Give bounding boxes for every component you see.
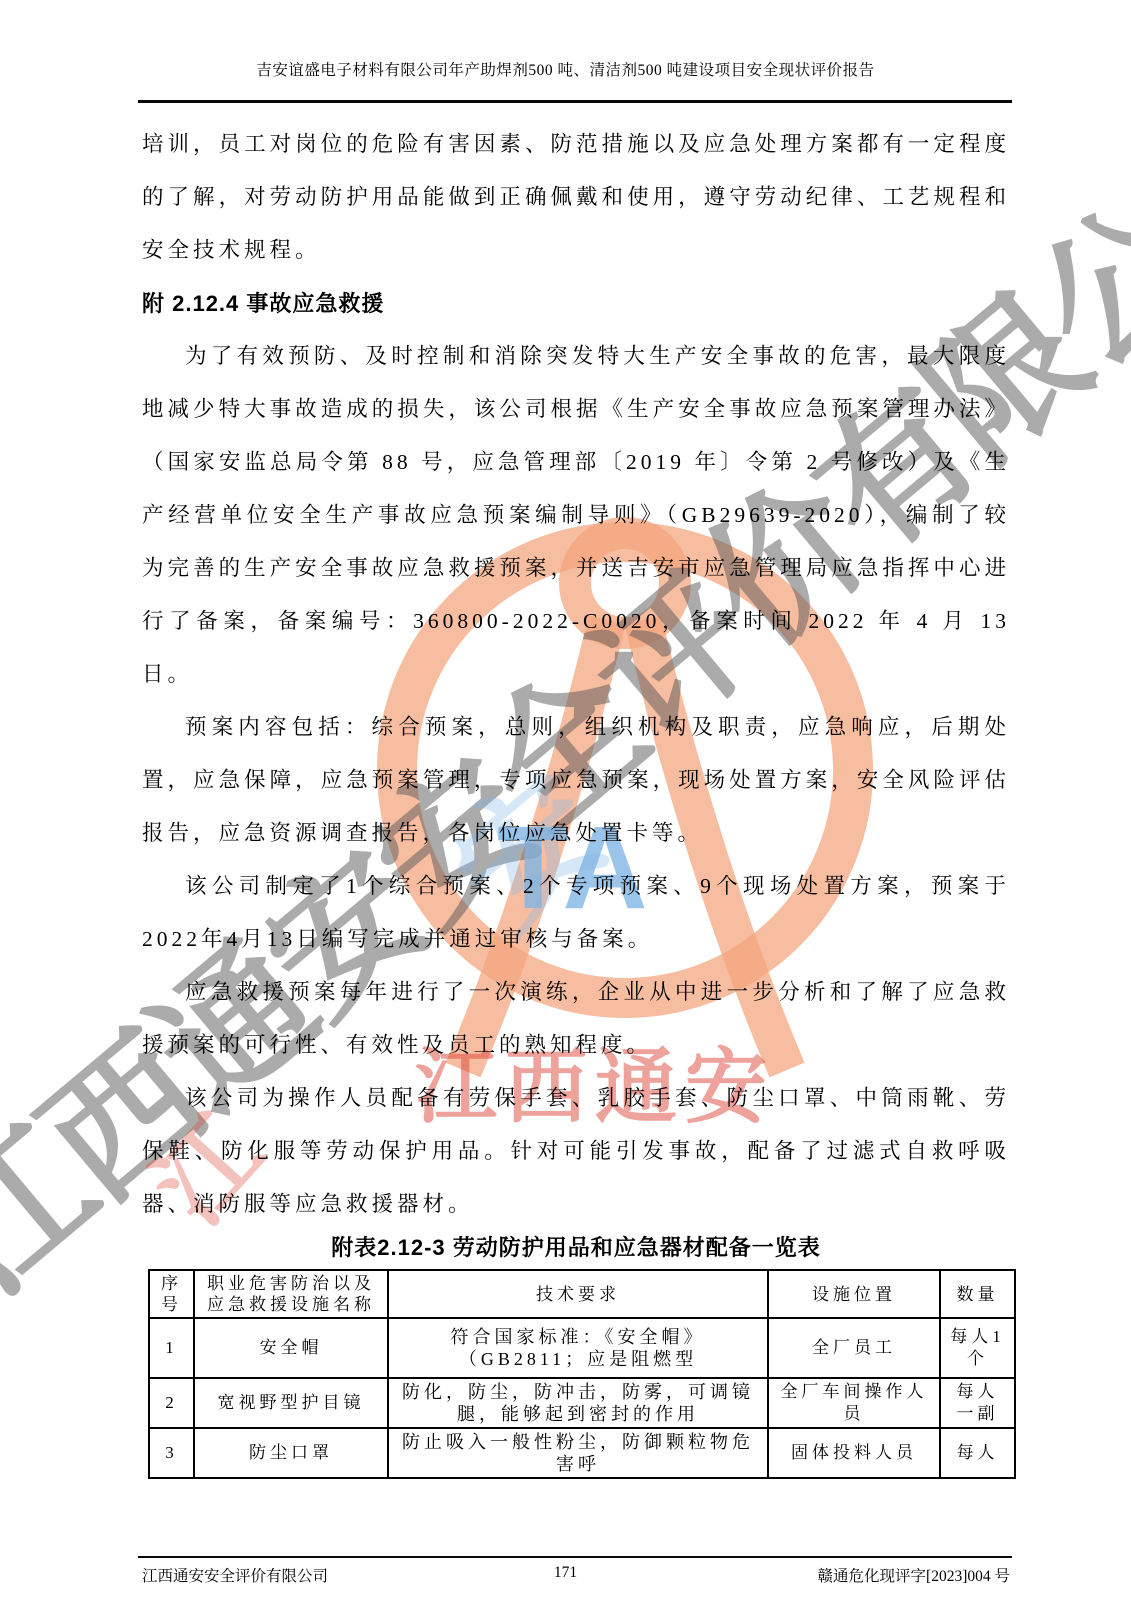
cell-qty: 每人 [940, 1428, 1015, 1478]
header-rule [138, 100, 1012, 103]
cell-qty: 每人1个 [940, 1318, 1015, 1378]
cell-loc: 全厂员工 [768, 1318, 940, 1378]
cell-no: 2 [149, 1378, 194, 1428]
table-row: 3 防尘口罩 防止吸入一般性粉尘，防御颗粒物危害呼 固体投料人员 每人 [149, 1428, 1015, 1478]
running-header: 吉安谊盛电子材料有限公司年产助焊剂500 吨、清洁剂500 吨建设项目安全现状评… [0, 58, 1131, 80]
document-page: 江西通安安全评价有限公司 安 TA 江 江西通安 吉安谊盛电子材料有限公司年产助… [0, 0, 1131, 1600]
section-heading: 附 2.12.4 事故应急救援 [142, 277, 1010, 330]
footer-doc-number: 赣通危化现评字[2023]004 号 [818, 1564, 1010, 1586]
cell-loc: 全厂车间操作人员 [768, 1378, 940, 1428]
col-header-loc: 设施位置 [768, 1270, 940, 1318]
table-title: 附表2.12-3 劳动防护用品和应急器材配备一览表 [142, 1235, 1010, 1261]
paragraph: 该公司制定了1个综合预案、2个专项预案、9个现场处置方案，预案于2022年4月1… [142, 860, 1010, 966]
col-header-tech: 技术要求 [388, 1270, 768, 1318]
paragraph: 应急救援预案每年进行了一次演练，企业从中进一步分析和了解了应急救援预案的可行性、… [142, 966, 1010, 1072]
table-header-row: 序号 职业危害防治以及应急救援设施名称 技术要求 设施位置 数量 [149, 1270, 1015, 1318]
paragraph: 该公司为操作人员配备有劳保手套、乳胶手套、防尘口罩、中筒雨靴、劳保鞋、防化服等劳… [142, 1072, 1010, 1231]
paragraph: 预案内容包括：综合预案，总则，组织机构及职责，应急响应，后期处置，应急保障，应急… [142, 701, 1010, 860]
body-text: 培训，员工对岗位的危险有害因素、防范措施以及应急处理方案都有一定程度的了解，对劳… [142, 118, 1010, 1479]
col-header-qty: 数量 [940, 1270, 1015, 1318]
table-row: 1 安全帽 符合国家标准：《安全帽》（GB2811；应是阻燃型 全厂员工 每人1… [149, 1318, 1015, 1378]
paragraph-continuation: 培训，员工对岗位的危险有害因素、防范措施以及应急处理方案都有一定程度的了解，对劳… [142, 118, 1010, 277]
col-header-no: 序号 [149, 1270, 194, 1318]
col-header-name: 职业危害防治以及应急救援设施名称 [194, 1270, 388, 1318]
cell-loc: 固体投料人员 [768, 1428, 940, 1478]
cell-qty: 每人一副 [940, 1378, 1015, 1428]
table-row: 2 宽视野型护目镜 防化，防尘，防冲击，防雾，可调镜腿，能够起到密封的作用 全厂… [149, 1378, 1015, 1428]
cell-name: 宽视野型护目镜 [194, 1378, 388, 1428]
cell-tech: 防化，防尘，防冲击，防雾，可调镜腿，能够起到密封的作用 [388, 1378, 768, 1428]
cell-name: 防尘口罩 [194, 1428, 388, 1478]
cell-name: 安全帽 [194, 1318, 388, 1378]
footer-company: 江西通安安全评价有限公司 [142, 1564, 328, 1586]
cell-no: 3 [149, 1428, 194, 1478]
paragraph: 为了有效预防、及时控制和消除突发特大生产安全事故的危害，最大限度地减少特大事故造… [142, 330, 1010, 701]
page-number: 171 [554, 1564, 577, 1582]
cell-no: 1 [149, 1318, 194, 1378]
cell-tech: 符合国家标准：《安全帽》（GB2811；应是阻燃型 [388, 1318, 768, 1378]
footer-rule [138, 1556, 1012, 1558]
cell-tech: 防止吸入一般性粉尘，防御颗粒物危害呼 [388, 1428, 768, 1478]
page-content: 吉安谊盛电子材料有限公司年产助焊剂500 吨、清洁剂500 吨建设项目安全现状评… [0, 0, 1131, 1600]
ppe-equipment-table: 序号 职业危害防治以及应急救援设施名称 技术要求 设施位置 数量 1 安全帽 符… [148, 1269, 1016, 1479]
